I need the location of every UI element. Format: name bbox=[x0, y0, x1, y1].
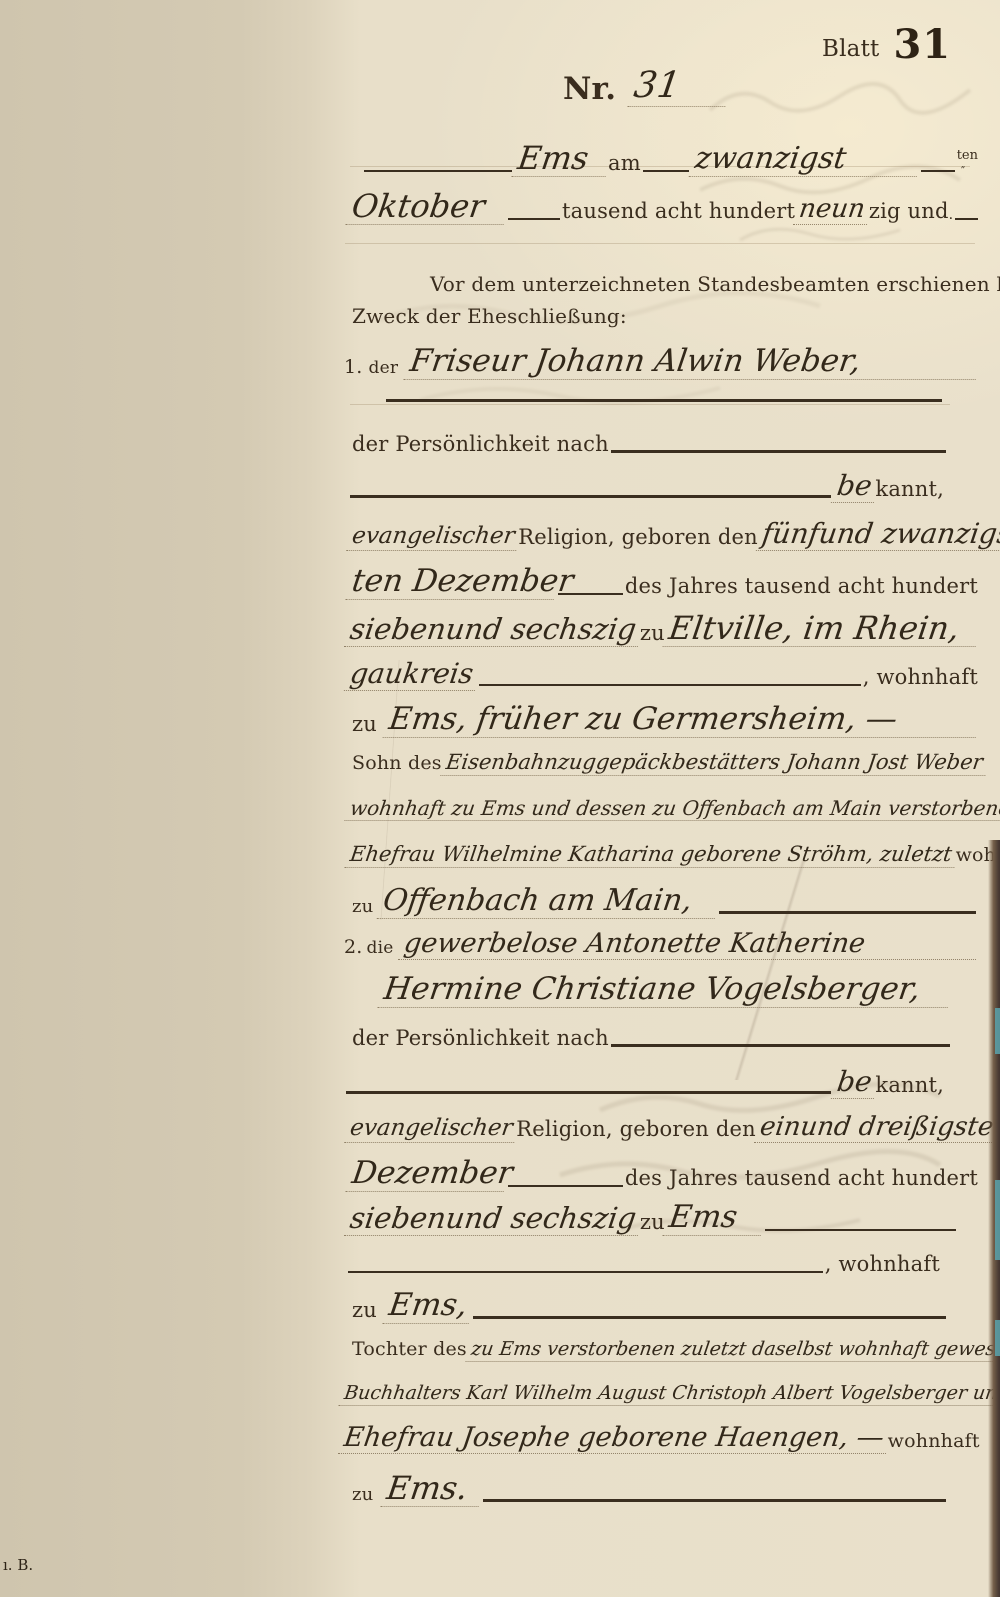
bride-birthyear-value: siebenund sechszig bbox=[344, 1204, 642, 1236]
groom-mother-value: Ehefrau Wilhelmine Katharina geborene St… bbox=[344, 844, 957, 868]
bride-bekannt-line: be kannt, bbox=[344, 1068, 944, 1099]
month-value: Oktober bbox=[346, 190, 509, 225]
bride-religion-value: evangelischer bbox=[344, 1117, 518, 1143]
bride-father2-line: Buchhalters Karl Wilhelm August Christop… bbox=[340, 1384, 978, 1406]
groom-father-line: Sohn des Eisenbahnzuggepäckbestätters Jo… bbox=[352, 752, 978, 776]
blank-line bbox=[384, 398, 944, 407]
groom-parents-residence-value: Offenbach am Main, bbox=[377, 886, 720, 919]
intro-line2: Zweck der Eheschließung: bbox=[352, 304, 627, 328]
groom-birthplace-value: Eltville, im Rhein, bbox=[662, 612, 980, 647]
groom-name-line: 1. der Friseur Johann Alwin Weber, bbox=[344, 346, 978, 380]
zu-label2: zu bbox=[352, 712, 377, 736]
kannt-label: kannt, bbox=[875, 477, 944, 501]
am-label: am bbox=[608, 151, 641, 175]
bride-name2-line: Hermine Christiane Vogelsberger, bbox=[380, 974, 950, 1008]
intro-line1: Vor dem unterzeichneten Standesbeamten e… bbox=[430, 272, 1000, 296]
zu-label6: zu bbox=[352, 1484, 373, 1505]
bride-religion-line: evangelischer Religion, geboren den einu… bbox=[346, 1114, 978, 1143]
groom-bekannt-line: be kannt, bbox=[348, 472, 944, 503]
groom-mother-line: Ehefrau Wilhelmine Katharina geborene St… bbox=[346, 844, 978, 868]
bride-wohnhaft-line: , wohnhaft bbox=[346, 1252, 940, 1278]
jahres-label2: des Jahres tausend acht hundert bbox=[625, 1166, 978, 1190]
bride-birthday-value: einund dreißigsten bbox=[754, 1114, 1000, 1143]
bride-birthyear-line: siebenund sechszig zu Ems bbox=[346, 1202, 958, 1236]
bride-identity-line: der Persönlichkeit nach bbox=[352, 1026, 952, 1052]
dateline-place-day: Ems am zwanzigst ten „ bbox=[362, 142, 978, 177]
religion-label: Religion, geboren den bbox=[518, 525, 758, 549]
zu-label5: zu bbox=[352, 1298, 377, 1322]
zu-label4: zu bbox=[640, 1210, 665, 1234]
groom-birthmonth-value: ten Dezember bbox=[346, 566, 559, 600]
groom-birthyear-line: siebenund sechszig zu Eltville, im Rhein… bbox=[346, 612, 978, 647]
persoenlichkeit-label: der Persönlichkeit nach bbox=[352, 432, 609, 456]
ten-suffix: ten „ bbox=[957, 151, 978, 169]
year-decade-value: neun bbox=[793, 196, 871, 225]
jahres-label: des Jahres tausend acht hundert bbox=[625, 574, 978, 598]
groom-birthday-value: fünfund zwanzigs bbox=[756, 520, 1000, 551]
religion-label2: Religion, geboren den bbox=[516, 1117, 756, 1141]
bride-residence2-line: zu Ems. bbox=[352, 1472, 948, 1507]
bride-father1-value: zu Ems verstorbenen zuletzt daselbst woh… bbox=[465, 1340, 1000, 1362]
groom-religion-value: evangelischer bbox=[346, 525, 520, 551]
wohnhaft-label3: , wohnhaft bbox=[825, 1252, 940, 1276]
bride-mother-value: Ehefrau Josephe geborene Haengen, — bbox=[338, 1424, 890, 1454]
bride-residence2-value: Ems. bbox=[381, 1472, 484, 1507]
groom-name-value: Friseur Johann Alwin Weber, bbox=[404, 346, 981, 380]
bride-mother-line: Ehefrau Josephe geborene Haengen, — wohn… bbox=[340, 1424, 958, 1454]
bride-birthplace-value: Ems bbox=[662, 1202, 765, 1236]
tochter-label: Tochter des bbox=[352, 1338, 467, 1360]
bride-father-line: Tochter des zu Ems verstorbenen zuletzt … bbox=[352, 1338, 978, 1362]
groom-be-value: be bbox=[831, 472, 878, 503]
bride-name1-value: gewerbelose Antonette Katherine bbox=[397, 930, 980, 960]
bride-number: 2. bbox=[344, 936, 363, 958]
sheet-footer-mark: ı. B. bbox=[3, 1556, 33, 1574]
groom-birthmonth-line: ten Dezember des Jahres tausend acht hun… bbox=[348, 566, 978, 600]
nr-label: Nr. bbox=[563, 71, 616, 107]
year-printed: tausend acht hundert bbox=[562, 199, 795, 223]
bride-residence-line: zu Ems, bbox=[352, 1290, 948, 1324]
bride-be-value: be bbox=[831, 1068, 878, 1099]
sohn-label: Sohn des bbox=[352, 752, 442, 774]
groom-birthyear-value: siebenund sechszig bbox=[344, 615, 642, 647]
bride-die: die bbox=[367, 938, 394, 958]
kannt-label2: kannt, bbox=[875, 1073, 944, 1097]
nr-value: 31 bbox=[627, 68, 730, 107]
groom-father2-line: wohnhaft zu Ems und dessen zu Offenbach … bbox=[346, 798, 978, 821]
persoenlichkeit-label2: der Persönlichkeit nach bbox=[352, 1026, 609, 1050]
groom-parents-residence-line: zu Offenbach am Main, bbox=[352, 886, 978, 919]
zu-label: zu bbox=[640, 621, 665, 645]
groom-birthplace2-value: gaukreis bbox=[344, 660, 479, 691]
place-value: Ems bbox=[512, 142, 611, 177]
groom-religion-line: evangelischer Religion, geboren den fünf… bbox=[348, 520, 978, 551]
bride-birthmonth-value: Dezember bbox=[346, 1158, 509, 1192]
blatt-label: Blatt bbox=[822, 36, 879, 62]
groom-father2-value: wohnhaft zu Ems und dessen zu Offenbach … bbox=[344, 798, 1000, 821]
dot: . bbox=[949, 207, 954, 223]
zig-printed: zig und bbox=[869, 199, 949, 223]
groom-number: 1. bbox=[344, 356, 363, 378]
bride-name-line: 2. die gewerbelose Antonette Katherine bbox=[344, 930, 978, 960]
blatt-number: 31 bbox=[893, 28, 951, 62]
groom-birthplace2-line: gaukreis , wohnhaft bbox=[346, 660, 978, 691]
register-page: Blatt 31 Nr. 31 Ems am zwanzigst ten „ O… bbox=[0, 0, 1000, 1597]
page-edge-teal bbox=[995, 1320, 1000, 1356]
day-value: zwanzigst bbox=[689, 144, 921, 177]
groom-der: der bbox=[369, 358, 399, 378]
bride-name2-value: Hermine Christiane Vogelsberger, bbox=[378, 974, 953, 1008]
groom-residence-line: zu Ems, früher zu Germersheim, — bbox=[352, 704, 978, 738]
wohnhaft-label4: wohnhaft bbox=[888, 1430, 980, 1452]
wohnhaft-label: , wohnhaft bbox=[863, 665, 978, 689]
page-edge-teal bbox=[995, 1008, 1000, 1054]
groom-identity-line: der Persönlichkeit nach bbox=[352, 432, 948, 458]
groom-residence-value: Ems, früher zu Germersheim, — bbox=[383, 704, 981, 738]
bride-father2-value: Buchhalters Karl Wilhelm August Christop… bbox=[338, 1384, 1000, 1406]
paper-crease bbox=[350, 660, 430, 920]
groom-father-value: Eisenbahnzuggepäckbestätters Johann Jost… bbox=[440, 752, 988, 776]
bride-residence-value: Ems, bbox=[383, 1290, 474, 1324]
dateline-month-year: Oktober tausend acht hundert neun zig un… bbox=[348, 190, 980, 225]
zu-label3: zu bbox=[352, 896, 373, 917]
bride-birthmonth-line: Dezember des Jahres tausend acht hundert bbox=[348, 1158, 978, 1192]
faint-guide-line bbox=[345, 243, 975, 244]
page-edge-teal bbox=[995, 1180, 1000, 1260]
